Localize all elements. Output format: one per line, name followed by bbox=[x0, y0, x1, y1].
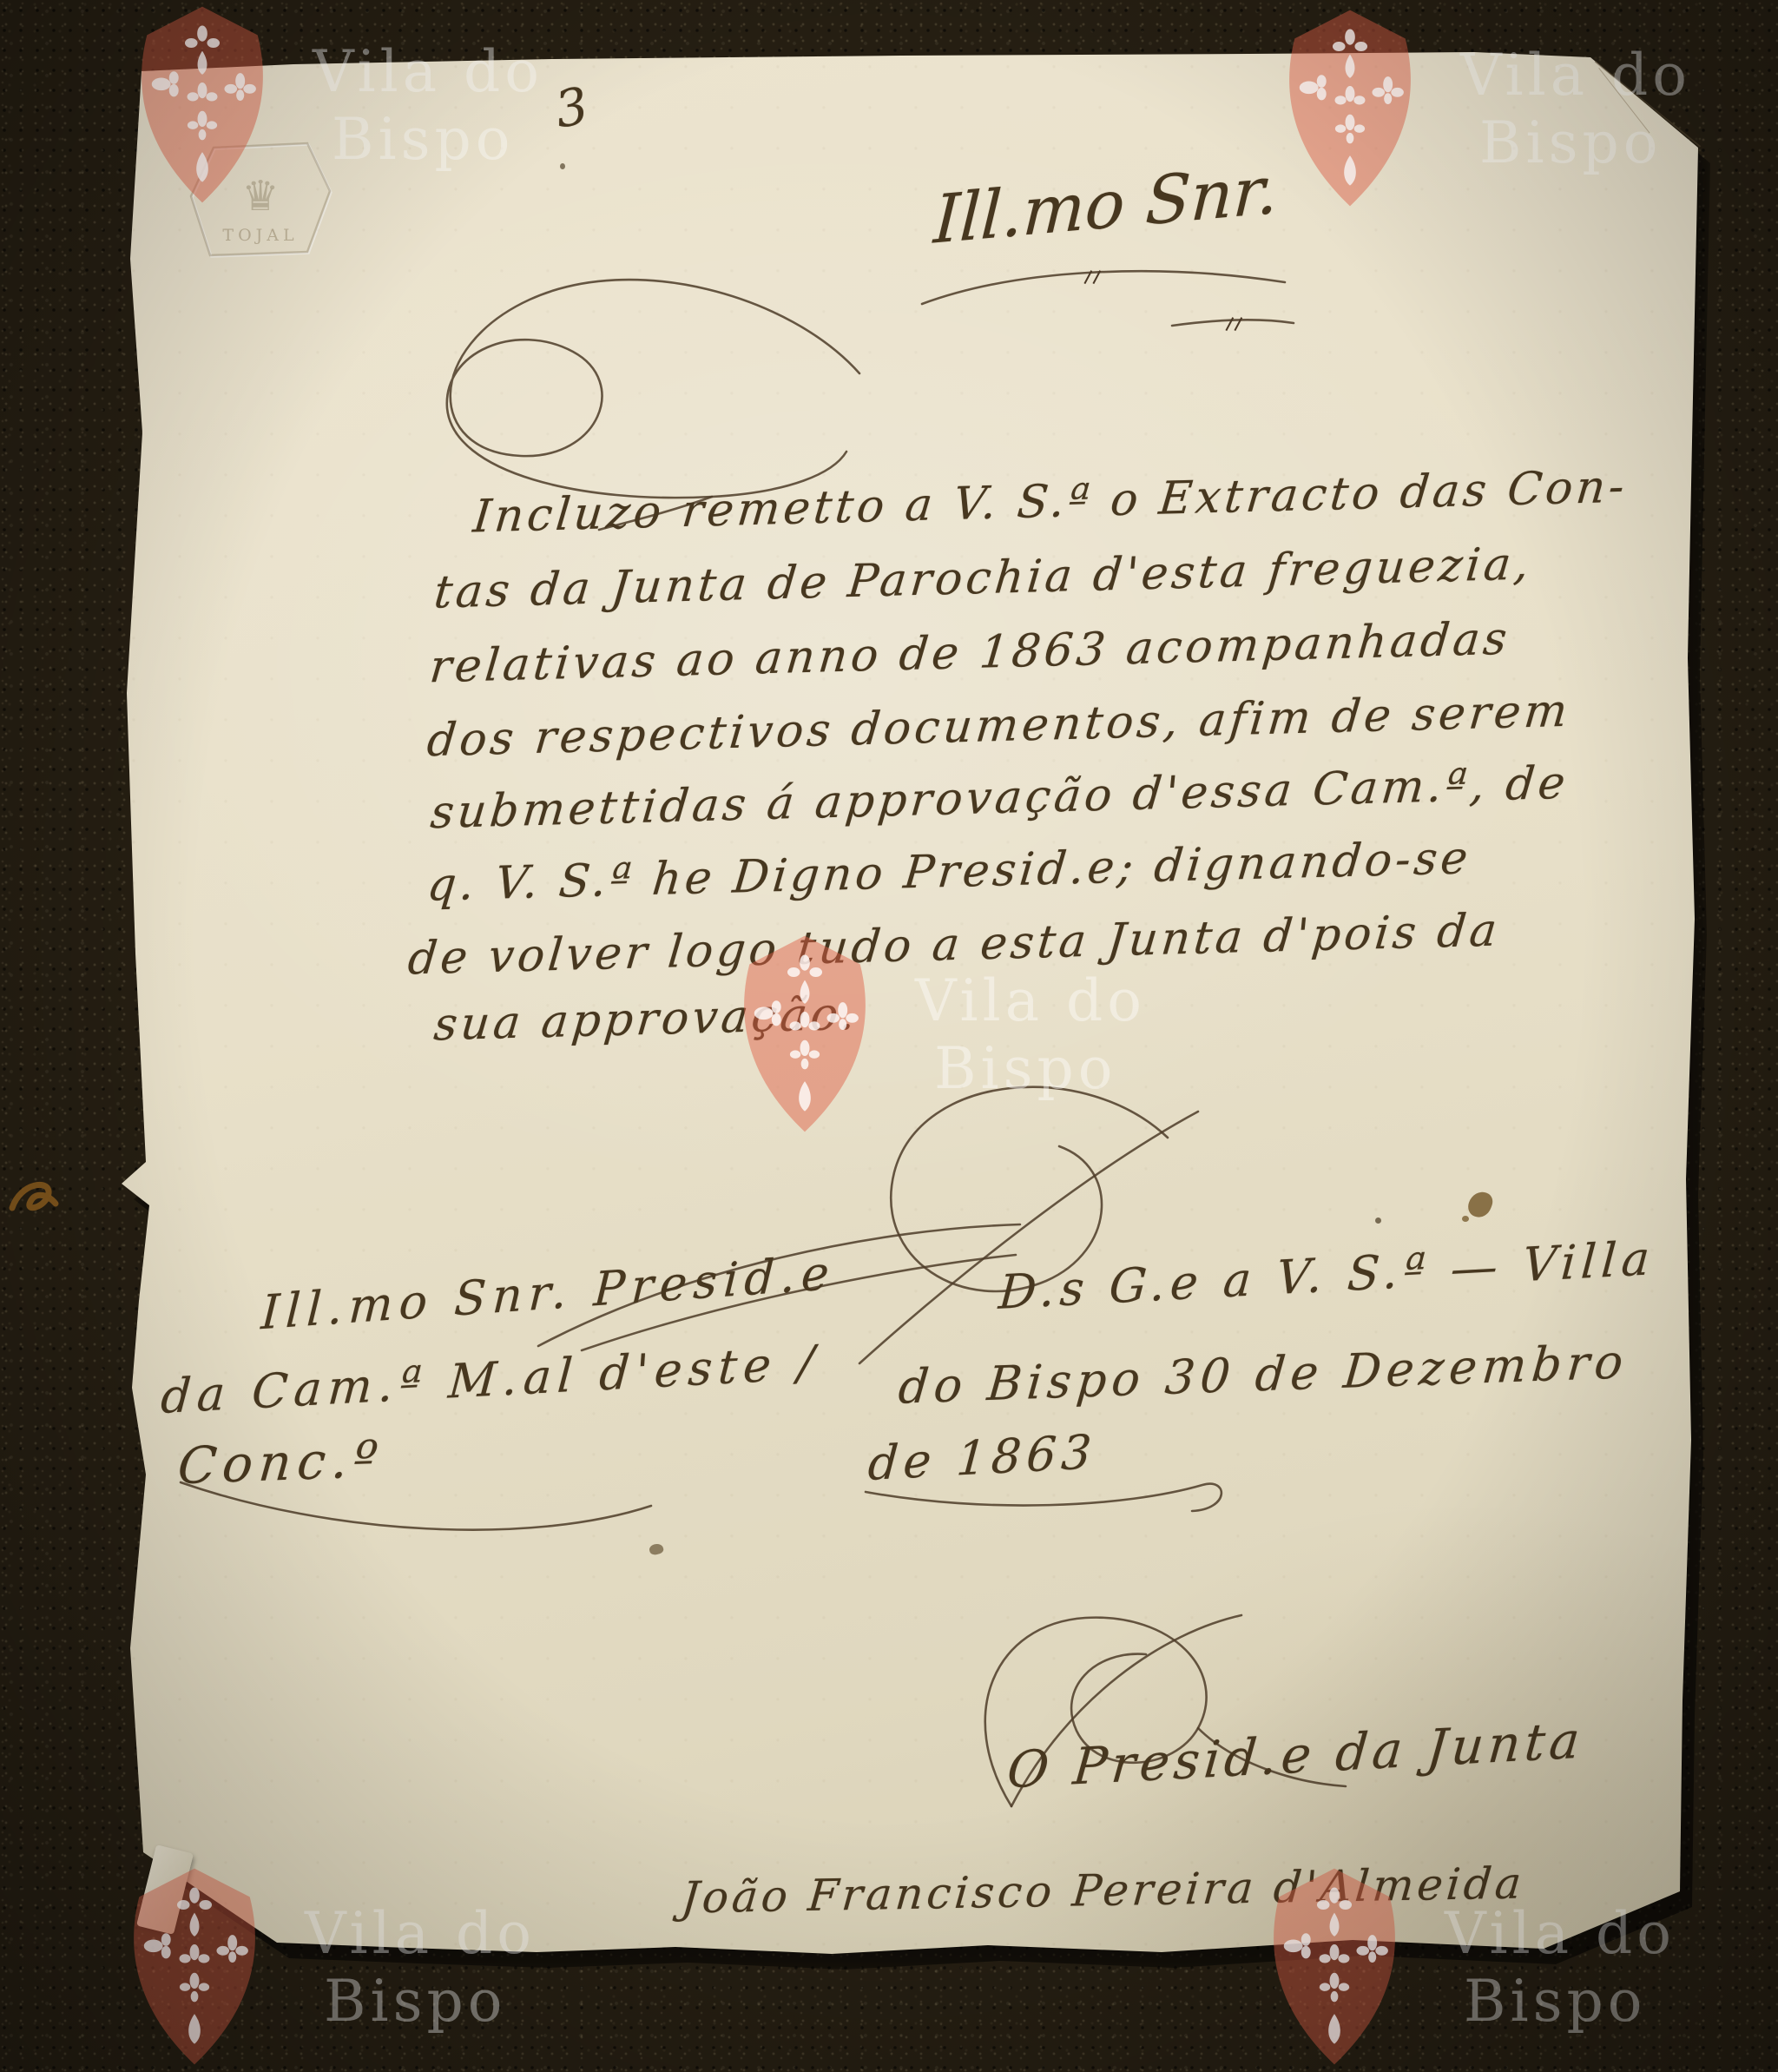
crown-icon: ♛ bbox=[241, 172, 279, 221]
embossed-stamp: ♛ TOJAL bbox=[184, 139, 337, 262]
ink-blot bbox=[1462, 1216, 1469, 1222]
stray-fiber bbox=[5, 1169, 69, 1233]
ink-blot bbox=[560, 163, 565, 169]
closing-line: de 1863 bbox=[866, 1429, 1098, 1488]
salutation-underline-flourish bbox=[912, 243, 1302, 347]
ink-blot bbox=[1375, 1217, 1381, 1224]
addressee-line: Conc.º bbox=[176, 1434, 386, 1491]
body-line: sua approvação. bbox=[432, 992, 861, 1048]
stamp-label: TOJAL bbox=[222, 226, 298, 245]
archival-photo-stage: ♛ TOJAL 3 Ill.mo Snr. Incluzo remetto a … bbox=[0, 0, 1778, 2072]
